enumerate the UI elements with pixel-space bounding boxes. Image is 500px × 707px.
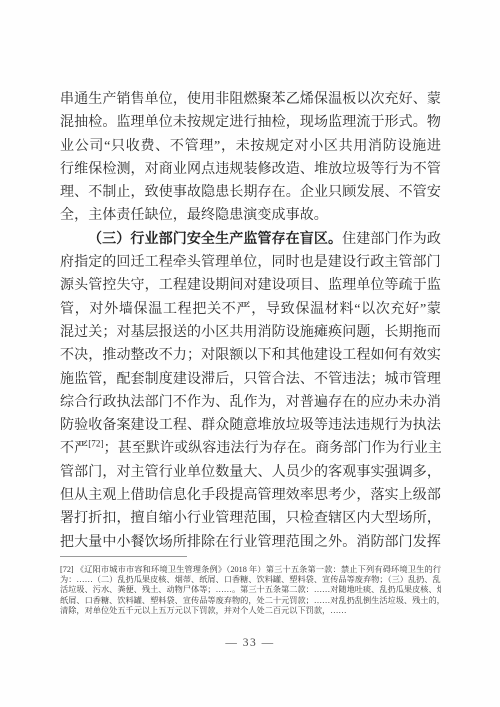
body-line-paragraph-end: 全，主体责任缺位，最终隐患演变成事故。 xyxy=(60,204,441,227)
body-line: 管，对外墙保温工程把关不严，导致保温材料“以次充好”蒙 xyxy=(60,298,441,321)
footnote-marker: [72] xyxy=(60,565,74,574)
body-line: 串通生产销售单位，使用非阻燃聚苯乙烯保温板以次充好、蒙 xyxy=(60,88,441,111)
body-line: 施监管，配套制度建设滞后，只管合法、不管违法；城市管理 xyxy=(60,368,441,391)
body-text-segment: 不严 xyxy=(60,441,88,456)
footnote-text-segment: 《辽阳市城市市容和环境卫生管理条例》（2018 年）第三十五条第一款：禁止下列有… xyxy=(76,565,441,574)
body-line: 管部门，对主管行业单位数量大、人员少的客观事实强调多， xyxy=(60,461,441,484)
body-line: 综合行政执法部门不作为、乱作为，对普遍存在的应办未办消 xyxy=(60,391,441,414)
footnote-block: [72] 《辽阳市城市市容和环境卫生管理条例》（2018 年）第三十五条第一款：… xyxy=(60,565,441,616)
footnote-line: 清除，对单位处五千元以上五万元以下罚款，并对个人处二百元以下罚款，…… xyxy=(60,606,441,616)
body-line: 署打折扣，擅自缩小行业管理范围，只检查辖区内大型场所， xyxy=(60,507,441,530)
body-line: 不决，推动整改不力；对限额以下和其他建设工程如何有效实 xyxy=(60,344,441,367)
footnote-line: 活垃圾、污水、粪便、残土、动物尸体等；……。第三十五条第二款：……对随地吐痰、乱… xyxy=(60,585,441,595)
section-heading-line: （三）行业部门安全生产监管存在盲区。住建部门作为政 xyxy=(60,228,441,251)
body-line: 把大量中小餐饮场所排除在行业管理范围之外。消防部门发挥 xyxy=(60,531,441,554)
page-number: — 33 — xyxy=(0,637,500,649)
footnote-reference-marker: [72] xyxy=(88,439,103,449)
footnote-line: [72] 《辽阳市城市市容和环境卫生管理条例》（2018 年）第三十五条第一款：… xyxy=(60,565,441,575)
body-line: 防验收备案建设工程、群众随意堆放垃圾等违法违规行为执法 xyxy=(60,414,441,437)
footnote-line: 为：……（二）乱扔瓜果皮核、烟蒂、纸屑、口香糖、饮料罐、塑料袋、宣传品等废弃物；… xyxy=(60,575,441,585)
document-page: 串通生产销售单位，使用非阻燃聚苯乙烯保温板以次充好、蒙 混抽检。监理单位未按规定… xyxy=(0,0,500,707)
body-line: 业公司“只收费、不管理”，未按规定对小区共用消防设施进 xyxy=(60,135,441,158)
section-heading: （三）行业部门安全生产监管存在盲区。 xyxy=(88,232,342,247)
body-line: 源头管控失守，工程建设期间对建设项目、监理单位等疏于监 xyxy=(60,274,441,297)
footnote-line: 纸屑、口香糖、饮料罐、塑料袋、宣传品等废弃物的，处二十元罚款；……对乱扔乱倒生活… xyxy=(60,596,441,606)
section-heading-continuation: 住建部门作为政 xyxy=(342,232,441,247)
body-line: 混抽检。监理单位未按规定进行抽检，现场监理流于形式。物 xyxy=(60,111,441,134)
body-line: 但从主观上借助信息化手段提高管理效率思考少，落实上级部 xyxy=(60,484,441,507)
body-text-block: 串通生产销售单位，使用非阻燃聚苯乙烯保温板以次充好、蒙 混抽检。监理单位未按规定… xyxy=(60,88,441,554)
body-text-segment: ；甚至默许或纵容违法行为存在。商务部门作为行业主 xyxy=(104,441,441,456)
body-line: 行维保检测，对商业网点违规装修改造、堆放垃圾等行为不管 xyxy=(60,158,441,181)
body-line-with-footnote-ref: 不严[72]；甚至默许或纵容违法行为存在。商务部门作为行业主 xyxy=(60,437,441,460)
footnote-separator-rule xyxy=(60,556,187,557)
body-line: 府指定的回迁工程牵头管理单位，同时也是建设行政主管部门， xyxy=(60,251,441,274)
body-line: 混过关；对基层报送的小区共用消防设施瘫痪问题，长期拖而 xyxy=(60,321,441,344)
body-line: 理、不制止，致使事故隐患长期存在。企业只顾发展、不管安 xyxy=(60,181,441,204)
